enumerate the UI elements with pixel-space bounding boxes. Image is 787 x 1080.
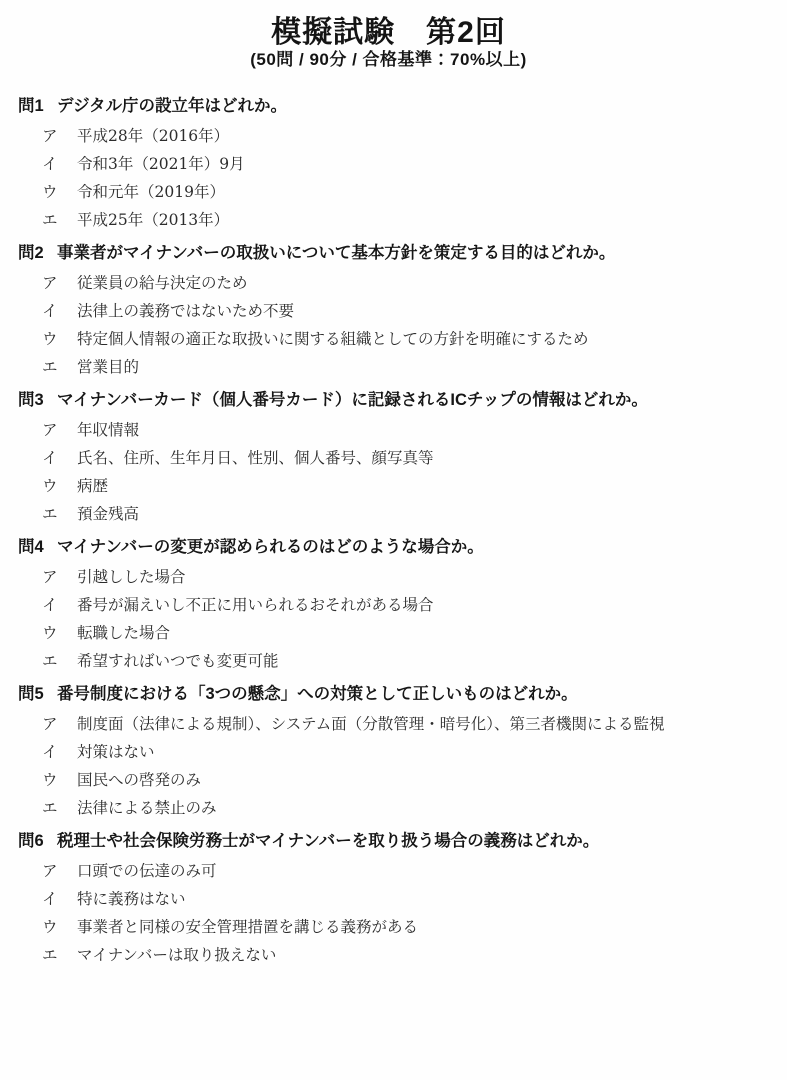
answer-option: イ 対策はない: [42, 738, 759, 766]
option-letter: ア: [42, 710, 77, 738]
answer-option: エ 法律による禁止のみ: [42, 794, 759, 822]
question-number: 問3: [18, 386, 57, 414]
answer-option: エ 預金残高: [42, 500, 759, 528]
question-text: 事業者がマイナンバーの取扱いについて基本方針を策定する目的はどれか。: [57, 239, 759, 267]
option-text: 平成25年（2013年）: [77, 206, 759, 234]
question-text: マイナンバーの変更が認められるのはどのような場合か。: [57, 533, 759, 561]
option-text: マイナンバーは取り扱えない: [77, 941, 759, 969]
question-list: 問1 デジタル庁の設立年はどれか。 ア 平成28年（2016年） イ 令和3年（…: [18, 92, 759, 969]
option-text: 令和3年（2021年）9月: [77, 150, 759, 178]
question-text: デジタル庁の設立年はどれか。: [57, 92, 759, 120]
question-number: 問4: [18, 533, 57, 561]
option-text: 従業員の給与決定のため: [77, 269, 759, 297]
option-letter: イ: [42, 885, 77, 913]
answer-option: エ 営業目的: [42, 353, 759, 381]
question-header: 問3 マイナンバーカード（個人番号カード）に記録されるICチップの情報はどれか。: [18, 386, 759, 414]
option-text: 法律上の義務ではないため不要: [77, 297, 759, 325]
option-text: 口頭での伝達のみ可: [77, 857, 759, 885]
option-letter: ア: [42, 416, 77, 444]
option-letter: ウ: [42, 913, 77, 941]
answer-option: ア 年収情報: [42, 416, 759, 444]
option-list: ア 引越しした場合 イ 番号が漏えいし不正に用いられるおそれがある場合 ウ 転職…: [42, 563, 759, 675]
option-text: 制度面（法律による規制）、システム面（分散管理・暗号化）、第三者機関による監視: [77, 710, 759, 738]
answer-option: ア 従業員の給与決定のため: [42, 269, 759, 297]
exam-title: 模擬試験 第2回: [18, 16, 759, 50]
option-letter: ウ: [42, 619, 77, 647]
option-text: 引越しした場合: [77, 563, 759, 591]
answer-option: イ 特に義務はない: [42, 885, 759, 913]
option-text: 転職した場合: [77, 619, 759, 647]
option-text: 令和元年（2019年）: [77, 178, 759, 206]
option-letter: ア: [42, 122, 77, 150]
answer-option: ウ 事業者と同様の安全管理措置を講じる義務がある: [42, 913, 759, 941]
option-letter: エ: [42, 206, 77, 234]
answer-option: イ 番号が漏えいし不正に用いられるおそれがある場合: [42, 591, 759, 619]
question-text: 税理士や社会保険労務士がマイナンバーを取り扱う場合の義務はどれか。: [57, 827, 759, 855]
option-text: 平成28年（2016年）: [77, 122, 759, 150]
option-text: 対策はない: [77, 738, 759, 766]
answer-option: エ マイナンバーは取り扱えない: [42, 941, 759, 969]
question-header: 問5 番号制度における「3つの懸念」への対策として正しいものはどれか。: [18, 680, 759, 708]
option-list: ア 平成28年（2016年） イ 令和3年（2021年）9月 ウ 令和元年（20…: [42, 122, 759, 234]
question-text: マイナンバーカード（個人番号カード）に記録されるICチップの情報はどれか。: [57, 386, 759, 414]
option-letter: イ: [42, 297, 77, 325]
option-text: 病歴: [77, 472, 759, 500]
option-letter: ウ: [42, 325, 77, 353]
exam-conditions: (50問 / 90分 / 合格基準：70%以上): [18, 50, 759, 70]
answer-option: ア 制度面（法律による規制）、システム面（分散管理・暗号化）、第三者機関による監…: [42, 710, 759, 738]
question-number: 問1: [18, 92, 57, 120]
option-letter: イ: [42, 738, 77, 766]
answer-option: ウ 特定個人情報の適正な取扱いに関する組織としての方針を明確にするため: [42, 325, 759, 353]
option-list: ア 従業員の給与決定のため イ 法律上の義務ではないため不要 ウ 特定個人情報の…: [42, 269, 759, 381]
question-block: 問3 マイナンバーカード（個人番号カード）に記録されるICチップの情報はどれか。…: [18, 386, 759, 528]
option-list: ア 制度面（法律による規制）、システム面（分散管理・暗号化）、第三者機関による監…: [42, 710, 759, 822]
answer-option: ウ 転職した場合: [42, 619, 759, 647]
option-letter: ウ: [42, 766, 77, 794]
answer-option: イ 令和3年（2021年）9月: [42, 150, 759, 178]
option-text: 番号が漏えいし不正に用いられるおそれがある場合: [77, 591, 759, 619]
answer-option: ウ 病歴: [42, 472, 759, 500]
question-header: 問1 デジタル庁の設立年はどれか。: [18, 92, 759, 120]
question-header: 問2 事業者がマイナンバーの取扱いについて基本方針を策定する目的はどれか。: [18, 239, 759, 267]
question-number: 問2: [18, 239, 57, 267]
answer-option: ア 口頭での伝達のみ可: [42, 857, 759, 885]
option-text: 国民への啓発のみ: [77, 766, 759, 794]
exam-document: 模擬試験 第2回 (50問 / 90分 / 合格基準：70%以上) 問1 デジタ…: [0, 0, 787, 1080]
option-letter: ア: [42, 269, 77, 297]
question-number: 問5: [18, 680, 57, 708]
option-letter: イ: [42, 444, 77, 472]
option-list: ア 年収情報 イ 氏名、住所、生年月日、性別、個人番号、顔写真等 ウ 病歴 エ …: [42, 416, 759, 528]
question-number: 問6: [18, 827, 57, 855]
option-text: 特定個人情報の適正な取扱いに関する組織としての方針を明確にするため: [77, 325, 759, 353]
option-letter: ウ: [42, 178, 77, 206]
option-letter: イ: [42, 591, 77, 619]
option-text: 法律による禁止のみ: [77, 794, 759, 822]
option-text: 営業目的: [77, 353, 759, 381]
question-block: 問4 マイナンバーの変更が認められるのはどのような場合か。 ア 引越しした場合 …: [18, 533, 759, 675]
answer-option: イ 法律上の義務ではないため不要: [42, 297, 759, 325]
option-text: 年収情報: [77, 416, 759, 444]
option-text: 希望すればいつでも変更可能: [77, 647, 759, 675]
option-text: 氏名、住所、生年月日、性別、個人番号、顔写真等: [77, 444, 759, 472]
option-letter: ウ: [42, 472, 77, 500]
option-letter: ア: [42, 563, 77, 591]
answer-option: イ 氏名、住所、生年月日、性別、個人番号、顔写真等: [42, 444, 759, 472]
question-block: 問1 デジタル庁の設立年はどれか。 ア 平成28年（2016年） イ 令和3年（…: [18, 92, 759, 234]
question-block: 問5 番号制度における「3つの懸念」への対策として正しいものはどれか。 ア 制度…: [18, 680, 759, 822]
question-header: 問4 マイナンバーの変更が認められるのはどのような場合か。: [18, 533, 759, 561]
option-text: 事業者と同様の安全管理措置を講じる義務がある: [77, 913, 759, 941]
question-block: 問6 税理士や社会保険労務士がマイナンバーを取り扱う場合の義務はどれか。 ア 口…: [18, 827, 759, 969]
document-header: 模擬試験 第2回 (50問 / 90分 / 合格基準：70%以上): [18, 16, 759, 70]
option-letter: エ: [42, 794, 77, 822]
answer-option: エ 平成25年（2013年）: [42, 206, 759, 234]
option-text: 預金残高: [77, 500, 759, 528]
option-letter: エ: [42, 941, 77, 969]
answer-option: エ 希望すればいつでも変更可能: [42, 647, 759, 675]
option-letter: ア: [42, 857, 77, 885]
option-letter: エ: [42, 647, 77, 675]
option-text: 特に義務はない: [77, 885, 759, 913]
answer-option: ア 平成28年（2016年）: [42, 122, 759, 150]
option-list: ア 口頭での伝達のみ可 イ 特に義務はない ウ 事業者と同様の安全管理措置を講じ…: [42, 857, 759, 969]
option-letter: イ: [42, 150, 77, 178]
answer-option: ウ 令和元年（2019年）: [42, 178, 759, 206]
answer-option: ウ 国民への啓発のみ: [42, 766, 759, 794]
question-block: 問2 事業者がマイナンバーの取扱いについて基本方針を策定する目的はどれか。 ア …: [18, 239, 759, 381]
option-letter: エ: [42, 500, 77, 528]
question-text: 番号制度における「3つの懸念」への対策として正しいものはどれか。: [57, 680, 759, 708]
option-letter: エ: [42, 353, 77, 381]
answer-option: ア 引越しした場合: [42, 563, 759, 591]
question-header: 問6 税理士や社会保険労務士がマイナンバーを取り扱う場合の義務はどれか。: [18, 827, 759, 855]
